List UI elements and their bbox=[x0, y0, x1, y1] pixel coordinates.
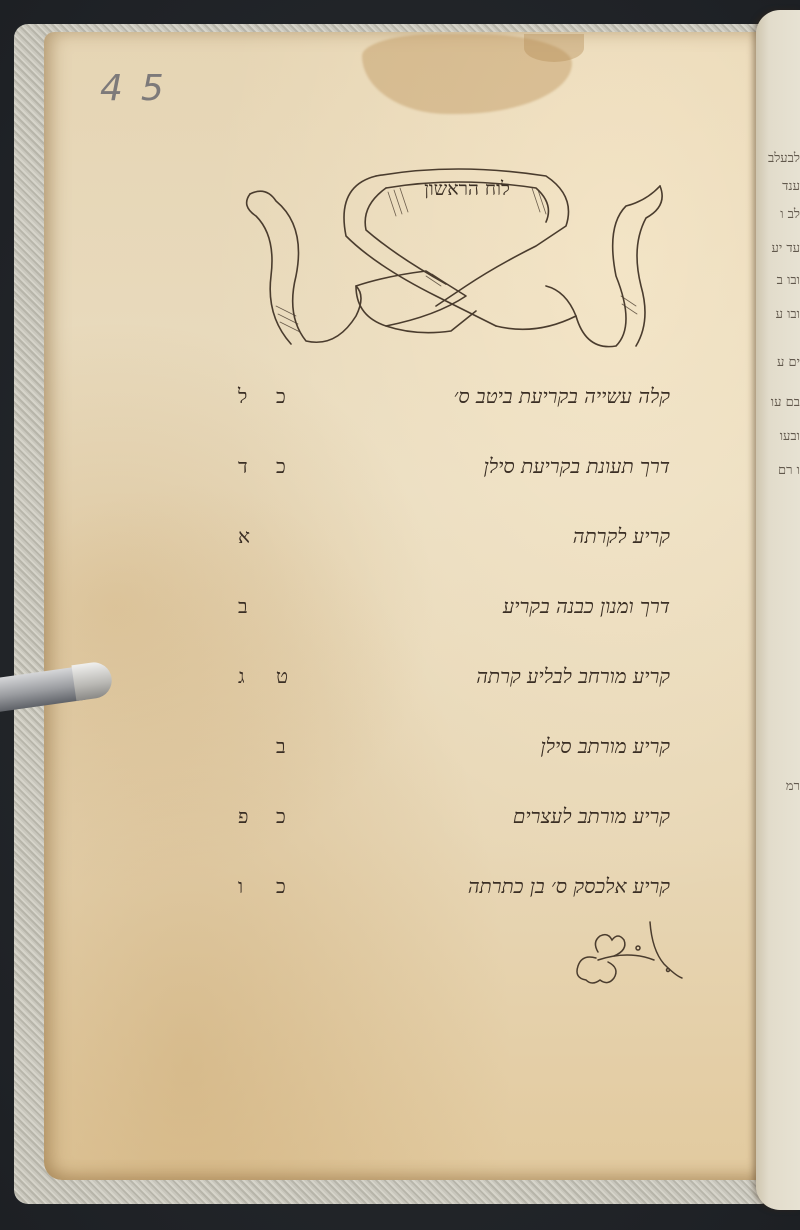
toc-ref-secondary: ל bbox=[238, 384, 247, 409]
toc-title: דרך ומנון כבנה בקריע bbox=[503, 594, 670, 619]
toc-ref-secondary: פ bbox=[238, 804, 248, 829]
toc-ref-secondary: ד bbox=[238, 454, 248, 479]
toc-entry: ב קריע מורתב סילן bbox=[230, 722, 670, 792]
toc-entry: א קריע לקרתה bbox=[230, 512, 670, 582]
toc-ref-primary: ב bbox=[276, 734, 286, 759]
toc-ref-primary: כ bbox=[276, 384, 286, 409]
adjacent-page-line: בם עו bbox=[771, 394, 800, 410]
adjacent-page-line: ובו ע bbox=[776, 306, 800, 322]
toc-ref-primary: כ bbox=[276, 804, 286, 829]
adjacent-page-line: לב ו bbox=[780, 206, 800, 222]
folio-number: 45 bbox=[100, 68, 182, 109]
toc-ref-primary: ט bbox=[276, 664, 288, 689]
toc-title: קריע מורתב לעצרים bbox=[513, 804, 670, 829]
toc-entry: ל כ קלה עשייה בקריעת ביטב ס׳ bbox=[230, 372, 670, 442]
adjacent-page-line: ענד bbox=[782, 178, 800, 194]
toc-entry: ג ט קריע מורחב לבליע קרתה bbox=[230, 652, 670, 722]
adjacent-page-edge: לבעלב ענד לב ו עד יע ובו ב ובו ע ים ע בם… bbox=[756, 10, 800, 1210]
floral-flourish-icon bbox=[568, 920, 688, 990]
toc-ref-primary: כ bbox=[276, 454, 286, 479]
banner-title: לוח הראשון bbox=[392, 178, 542, 201]
toc-ref-secondary: ב bbox=[238, 594, 248, 619]
toc-entry: ב דרך ומנון כבנה בקריע bbox=[230, 582, 670, 652]
toc-entry: פ כ קריע מורתב לעצרים bbox=[230, 792, 670, 862]
toc-title: קלה עשייה בקריעת ביטב ס׳ bbox=[454, 384, 670, 409]
pointer-tip bbox=[71, 660, 114, 701]
adjacent-page-line: עד יע bbox=[771, 240, 800, 256]
adjacent-page-line: ים ע bbox=[777, 354, 800, 370]
adjacent-page-fragment: רמ bbox=[786, 778, 800, 794]
adjacent-page-line: ובו ב bbox=[777, 272, 800, 288]
toc-entry: ד כ דרך תעונת בקריעת סילן bbox=[230, 442, 670, 512]
water-stain-small bbox=[524, 34, 584, 62]
toc-ref-primary: כ bbox=[276, 874, 286, 899]
toc-ref-secondary: ג bbox=[238, 664, 245, 689]
table-of-contents: ל כ קלה עשייה בקריעת ביטב ס׳ ד כ דרך תעו… bbox=[230, 372, 670, 932]
toc-title: קריע לקרתה bbox=[573, 524, 670, 549]
adjacent-page-line: ו רם bbox=[778, 462, 800, 478]
adjacent-page-line: לבעלב bbox=[768, 150, 800, 166]
adjacent-page-line: ובעו bbox=[780, 428, 800, 444]
toc-ref-secondary: א bbox=[238, 524, 250, 549]
toc-title: דרך תעונת בקריעת סילן bbox=[484, 454, 670, 479]
toc-title: קריע מורחב לבליע קרתה bbox=[476, 664, 670, 689]
toc-title: קריע מורתב סילן bbox=[540, 734, 670, 759]
toc-title: קריע אלכסק ס׳ בן כתרתה bbox=[468, 874, 670, 899]
toc-ref-secondary: ו bbox=[238, 874, 243, 899]
